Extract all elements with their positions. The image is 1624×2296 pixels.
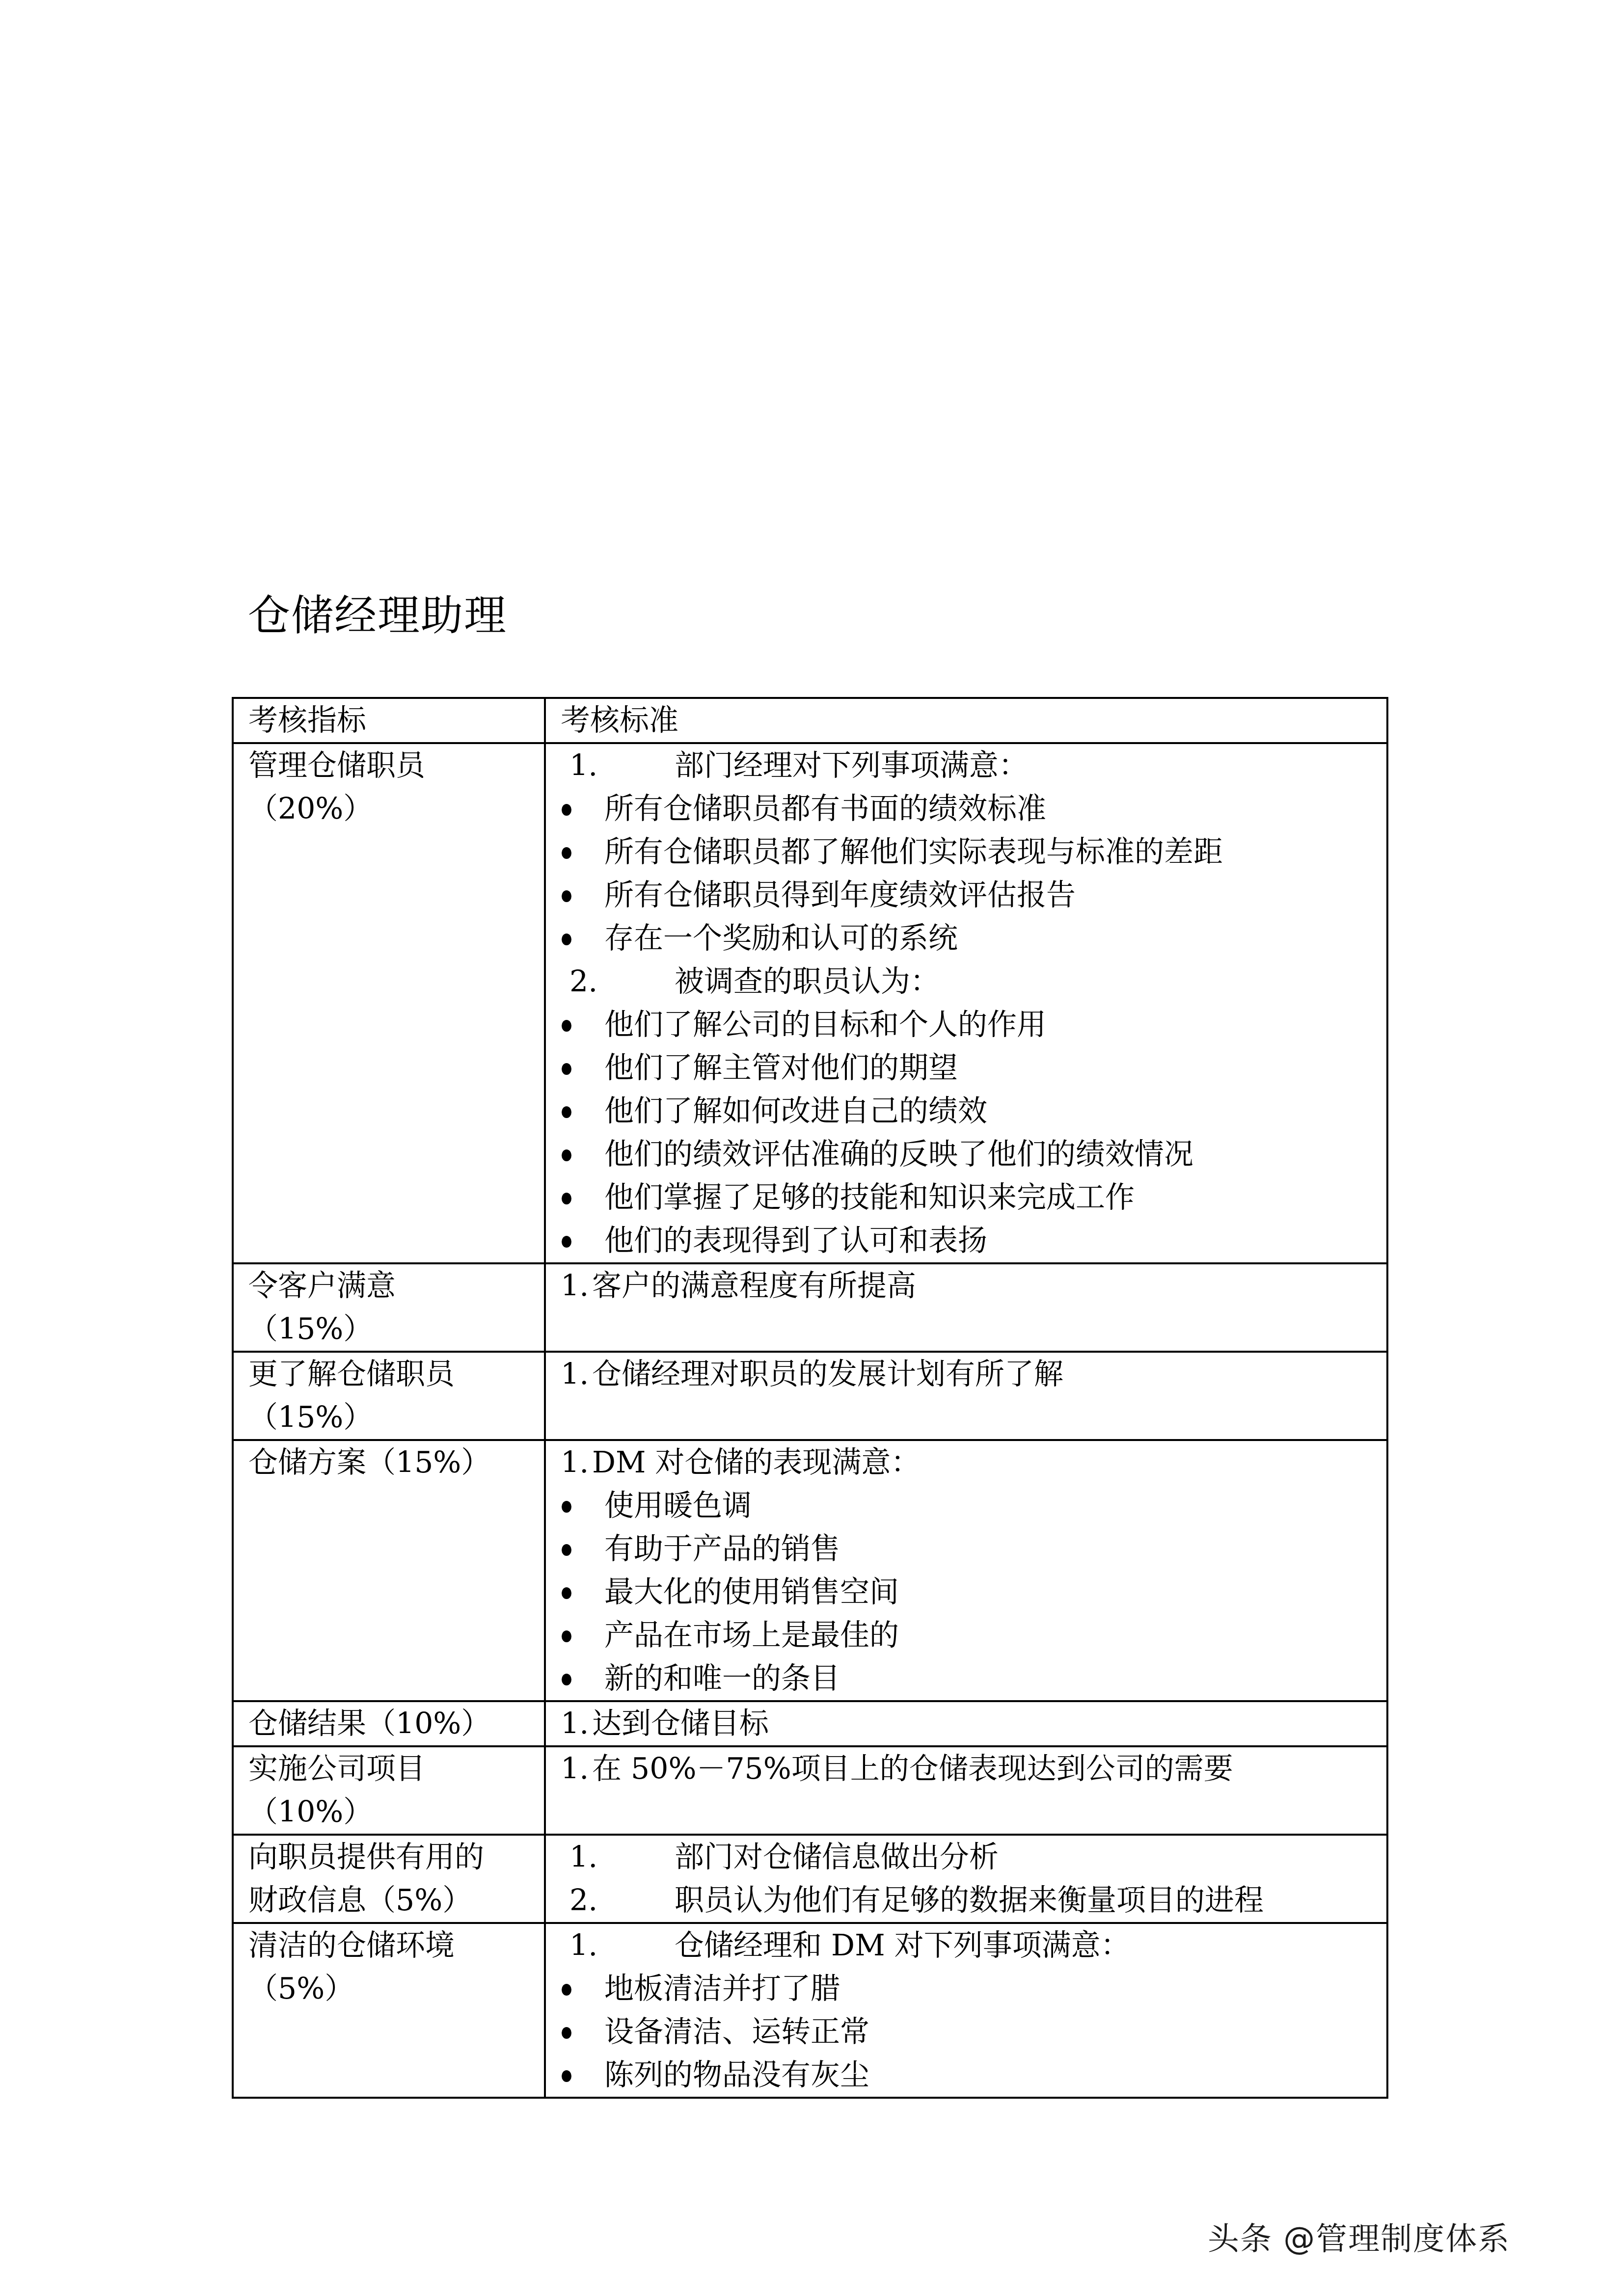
bullet-text: 他们了解如何改进自己的绩效	[604, 1094, 987, 1128]
numbered-item: 1.DM 对仓储的表现满意：	[561, 1441, 1373, 1484]
item-number: 1.	[561, 1702, 592, 1745]
table-row: 清洁的仓储环境（5%）1.仓储经理和 DM 对下列事项满意：地板清洁并打了腊设备…	[233, 1923, 1387, 2098]
bullet-dot-icon	[562, 1063, 571, 1075]
item-text: 部门经理对下列事项满意：	[675, 748, 1028, 783]
bullet-text: 他们的表现得到了认可和表扬	[604, 1224, 987, 1258]
numbered-item: 2.被调查的职员认为：	[561, 960, 1373, 1003]
table-row: 仓储结果（10%）1.达到仓储目标	[233, 1701, 1387, 1746]
indicator-text: 实施公司项目	[248, 1747, 530, 1790]
indicator-text: 令客户满意	[248, 1264, 530, 1308]
indicator-text: 清洁的仓储环境	[248, 1924, 530, 1967]
bullet-item: 所有仓储职员得到年度绩效评估报告	[553, 874, 1373, 917]
kpi-table-body: 考核指标 考核标准 管理仓储职员（20%）1.部门经理对下列事项满意：所有仓储职…	[233, 698, 1387, 2098]
bullet-dot-icon	[562, 934, 571, 945]
bullet-text: 他们的绩效评估准确的反映了他们的绩效情况	[604, 1137, 1193, 1172]
numbered-item: 1.达到仓储目标	[561, 1702, 1373, 1745]
item-text: 仓储经理对职员的发展计划有所了解	[592, 1357, 1063, 1391]
bullet-item: 有助于产品的销售	[553, 1527, 1373, 1571]
table-row: 管理仓储职员（20%）1.部门经理对下列事项满意：所有仓储职员都有书面的绩效标准…	[233, 743, 1387, 1263]
bullet-item: 他们的绩效评估准确的反映了他们的绩效情况	[553, 1133, 1373, 1176]
bullet-item: 所有仓储职员都有书面的绩效标准	[553, 787, 1373, 830]
bullet-item: 地板清洁并打了腊	[553, 1967, 1373, 2010]
bullet-item: 他们掌握了足够的技能和知识来完成工作	[553, 1176, 1373, 1219]
indicator-text: 向职员提供有用的	[248, 1836, 530, 1879]
bullet-dot-icon	[562, 1020, 571, 1032]
standard-cell: 1.客户的满意程度有所提高	[545, 1263, 1387, 1352]
bullet-text: 产品在市场上是最佳的	[604, 1618, 899, 1653]
bullet-dot-icon	[562, 1193, 571, 1204]
bullet-dot-icon	[562, 1501, 571, 1513]
indicator-text: 更了解仓储职员	[248, 1353, 530, 1396]
bullet-text: 他们了解主管对他们的期望	[604, 1051, 958, 1085]
table-row: 向职员提供有用的财政信息（5%）1.部门对仓储信息做出分析2.职员认为他们有足够…	[233, 1835, 1387, 1923]
item-number: 1.	[561, 1264, 592, 1308]
bullet-text: 最大化的使用销售空间	[604, 1575, 899, 1609]
bullet-text: 所有仓储职员得到年度绩效评估报告	[604, 878, 1076, 912]
indicator-text: （15%）	[248, 1308, 530, 1351]
bullet-dot-icon	[562, 1106, 571, 1118]
item-number: 1.	[561, 744, 675, 787]
indicator-text: 财政信息（5%）	[248, 1879, 530, 1922]
indicator-text: 仓储方案（15%）	[248, 1441, 530, 1484]
bullet-text: 新的和唯一的条目	[604, 1661, 840, 1696]
bullet-item: 他们了解如何改进自己的绩效	[553, 1090, 1373, 1133]
item-number: 1.	[561, 1441, 592, 1484]
bullet-dot-icon	[562, 1149, 571, 1161]
table-header-row: 考核指标 考核标准	[233, 698, 1387, 743]
bullet-item: 最大化的使用销售空间	[553, 1571, 1373, 1614]
bullet-text: 使用暖色调	[604, 1489, 752, 1523]
bullet-item: 他们的表现得到了认可和表扬	[553, 1219, 1373, 1262]
bullet-text: 设备清洁、运转正常	[604, 2015, 869, 2049]
bullet-dot-icon	[562, 1630, 571, 1642]
item-text: 客户的满意程度有所提高	[592, 1269, 916, 1303]
indicator-text: （10%）	[248, 1790, 530, 1834]
numbered-item: 1.部门经理对下列事项满意：	[561, 744, 1373, 787]
indicator-text: （5%）	[248, 1967, 530, 2010]
bullet-item: 设备清洁、运转正常	[553, 2010, 1373, 2054]
table-row: 实施公司项目（10%）1.在 50%－75%项目上的仓储表现达到公司的需要	[233, 1746, 1387, 1835]
bullet-text: 所有仓储职员都了解他们实际表现与标准的差距	[604, 835, 1223, 869]
bullet-item: 新的和唯一的条目	[553, 1657, 1373, 1700]
item-number: 2.	[561, 1879, 675, 1922]
item-text: 被调查的职员认为：	[675, 964, 940, 999]
indicator-text: （20%）	[248, 787, 530, 830]
item-number: 1.	[561, 1836, 675, 1879]
indicator-text: 仓储结果（10%）	[248, 1702, 530, 1745]
indicator-text: （15%）	[248, 1396, 530, 1439]
bullet-text: 地板清洁并打了腊	[604, 1972, 840, 2006]
bullet-dot-icon	[562, 847, 571, 859]
bullet-item: 陈列的物品没有灰尘	[553, 2054, 1373, 2097]
table-row: 令客户满意（15%）1.客户的满意程度有所提高	[233, 1263, 1387, 1352]
bullet-dot-icon	[562, 1544, 571, 1556]
item-text: 在 50%－75%项目上的仓储表现达到公司的需要	[592, 1752, 1233, 1786]
numbered-item: 2.职员认为他们有足够的数据来衡量项目的进程	[561, 1879, 1373, 1922]
bullet-item: 存在一个奖励和认可的系统	[553, 917, 1373, 960]
indicator-cell: 仓储方案（15%）	[233, 1440, 545, 1701]
bullet-item: 他们了解公司的目标和个人的作用	[553, 1003, 1373, 1046]
bullet-dot-icon	[562, 804, 571, 816]
item-text: 职员认为他们有足够的数据来衡量项目的进程	[675, 1883, 1264, 1918]
indicator-text: 管理仓储职员	[248, 744, 530, 787]
item-number: 1.	[561, 1747, 592, 1790]
header-indicator: 考核指标	[233, 698, 545, 743]
watermark: 头条 @管理制度体系	[1208, 2219, 1510, 2259]
bullet-item: 所有仓储职员都了解他们实际表现与标准的差距	[553, 830, 1373, 874]
standard-cell: 1.仓储经理和 DM 对下列事项满意：地板清洁并打了腊设备清洁、运转正常陈列的物…	[545, 1923, 1387, 2098]
numbered-item: 1.仓储经理对职员的发展计划有所了解	[561, 1353, 1373, 1396]
numbered-item: 1.客户的满意程度有所提高	[561, 1264, 1373, 1308]
table-row: 更了解仓储职员（15%）1.仓储经理对职员的发展计划有所了解	[233, 1352, 1387, 1440]
bullet-text: 所有仓储职员都有书面的绩效标准	[604, 792, 1046, 826]
item-number: 1.	[561, 1924, 675, 1967]
bullet-dot-icon	[562, 2027, 571, 2039]
standard-cell: 1.部门对仓储信息做出分析2.职员认为他们有足够的数据来衡量项目的进程	[545, 1835, 1387, 1923]
item-text: 达到仓储目标	[592, 1707, 769, 1741]
bullet-text: 他们了解公司的目标和个人的作用	[604, 1008, 1046, 1042]
table-row: 仓储方案（15%）1.DM 对仓储的表现满意：使用暖色调有助于产品的销售最大化的…	[233, 1440, 1387, 1701]
bullet-item: 产品在市场上是最佳的	[553, 1614, 1373, 1657]
item-text: 仓储经理和 DM 对下列事项满意：	[675, 1928, 1130, 1963]
indicator-cell: 仓储结果（10%）	[233, 1701, 545, 1746]
standard-cell: 1.仓储经理对职员的发展计划有所了解	[545, 1352, 1387, 1440]
bullet-dot-icon	[562, 2070, 571, 2082]
kpi-table: 考核指标 考核标准 管理仓储职员（20%）1.部门经理对下列事项满意：所有仓储职…	[232, 697, 1388, 2099]
bullet-text: 陈列的物品没有灰尘	[604, 2058, 869, 2092]
standard-cell: 1.部门经理对下列事项满意：所有仓储职员都有书面的绩效标准所有仓储职员都了解他们…	[545, 743, 1387, 1263]
bullet-dot-icon	[562, 1236, 571, 1248]
indicator-cell: 令客户满意（15%）	[233, 1263, 545, 1352]
standard-cell: 1.在 50%－75%项目上的仓储表现达到公司的需要	[545, 1746, 1387, 1835]
bullet-item: 使用暖色调	[553, 1484, 1373, 1527]
item-number: 2.	[561, 960, 675, 1003]
item-text: DM 对仓储的表现满意：	[592, 1445, 920, 1480]
bullet-dot-icon	[562, 1984, 571, 1996]
standard-cell: 1.DM 对仓储的表现满意：使用暖色调有助于产品的销售最大化的使用销售空间产品在…	[545, 1440, 1387, 1701]
indicator-cell: 向职员提供有用的财政信息（5%）	[233, 1835, 545, 1923]
indicator-cell: 更了解仓储职员（15%）	[233, 1352, 545, 1440]
bullet-text: 他们掌握了足够的技能和知识来完成工作	[604, 1180, 1135, 1215]
header-standard: 考核标准	[545, 698, 1387, 743]
indicator-cell: 实施公司项目（10%）	[233, 1746, 545, 1835]
bullet-text: 存在一个奖励和认可的系统	[604, 921, 958, 956]
document-title: 仓储经理助理	[248, 587, 507, 645]
item-text: 部门对仓储信息做出分析	[675, 1840, 999, 1874]
numbered-item: 1.部门对仓储信息做出分析	[561, 1836, 1373, 1879]
item-number: 1.	[561, 1353, 592, 1396]
indicator-cell: 管理仓储职员（20%）	[233, 743, 545, 1263]
indicator-cell: 清洁的仓储环境（5%）	[233, 1923, 545, 2098]
bullet-dot-icon	[562, 1587, 571, 1599]
bullet-dot-icon	[562, 1674, 571, 1685]
numbered-item: 1.仓储经理和 DM 对下列事项满意：	[561, 1924, 1373, 1967]
numbered-item: 1.在 50%－75%项目上的仓储表现达到公司的需要	[561, 1747, 1373, 1790]
bullet-dot-icon	[562, 890, 571, 902]
bullet-text: 有助于产品的销售	[604, 1532, 840, 1566]
bullet-item: 他们了解主管对他们的期望	[553, 1046, 1373, 1090]
standard-cell: 1.达到仓储目标	[545, 1701, 1387, 1746]
